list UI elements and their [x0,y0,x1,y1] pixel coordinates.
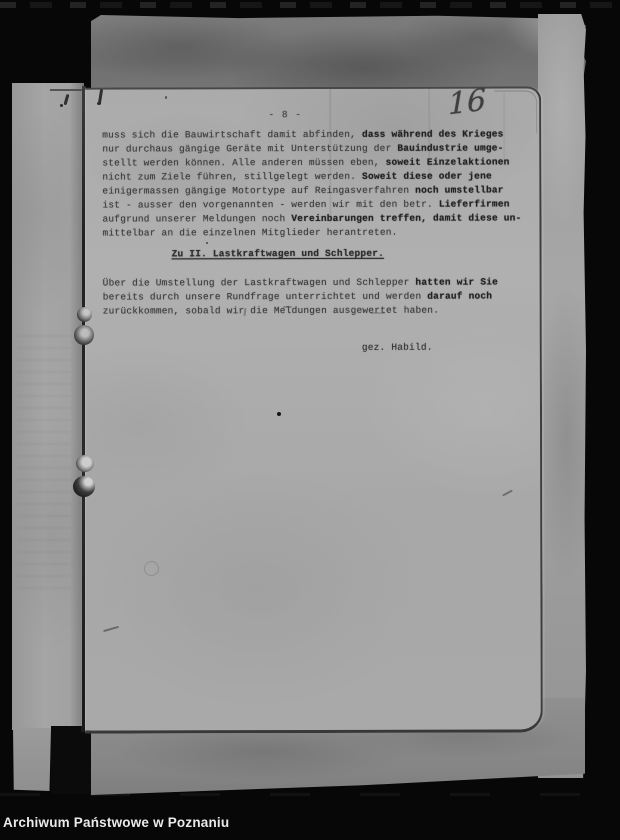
fold-line [50,89,82,91]
stain-speck [206,242,208,244]
pencil-mark [370,312,385,314]
binding-stud [74,325,94,345]
facing-page-tab [13,727,51,791]
binding-shadow-gap [51,726,91,794]
body-paragraph-1: muss sich die Bauwirtschaft damit abfind… [102,127,521,240]
binding-stud [76,455,94,472]
typewritten-line: zurückkommen, sobald wir die Meldungen a… [103,304,498,319]
book-pages-right-edge [538,14,586,778]
page-number: - 8 - [255,108,315,122]
typewritten-line: Über die Umstellung der Lastkraftwagen u… [103,276,498,291]
section-heading: Zu II. Lastkraftwagen und Schlepper. [172,247,384,262]
typewritten-line: bereits durch unsere Rundfrage unterrich… [103,290,498,305]
ghost-text-bleedthrough [17,335,71,595]
typewritten-line: muss sich die Bauwirtschaft damit abfind… [102,127,521,142]
archival-photo: - 8 - muss sich die Bauwirtschaft damit … [0,0,620,840]
stain-ring [144,561,159,576]
body-paragraph-2: Über die Umstellung der Lastkraftwagen u… [103,276,498,319]
typewritten-line: aufgrund unserer Meldungen noch Vereinba… [102,211,521,226]
film-noise [0,2,620,8]
typewritten-line: stellt werden können. Alle anderen müsse… [102,155,521,170]
stain-speck [277,412,281,416]
binding-stud [77,307,92,322]
binding-stud [73,476,95,497]
archive-watermark-label: Archiwum Państwowe w Poznaniu [3,815,229,830]
handwritten-mark-dot [97,102,101,105]
typewritten-line: mittelbar an die einzelnen Mitglieder he… [103,225,522,240]
book-pages-top-edge [91,15,586,92]
typewritten-line: ist - ausser den vorgenannten - werden w… [102,197,521,212]
pencil-mark [283,306,292,308]
typewritten-line: einigermassen gängige Motortype auf Rein… [102,183,521,198]
typewritten-line: nur durchaus gängige Geräte mit Unterstü… [102,141,521,156]
document-page: - 8 - muss sich die Bauwirtschaft damit … [83,86,543,733]
typewritten-line: nicht zum Ziele führen, stillgelegt werd… [102,169,521,184]
binding-line [82,86,85,732]
signature: gez. Habild. [362,341,433,355]
handwritten-folio-number: 16 [448,83,487,123]
stain-speck [165,96,167,99]
facing-page [12,83,84,730]
handwritten-mark-dot [60,104,63,107]
